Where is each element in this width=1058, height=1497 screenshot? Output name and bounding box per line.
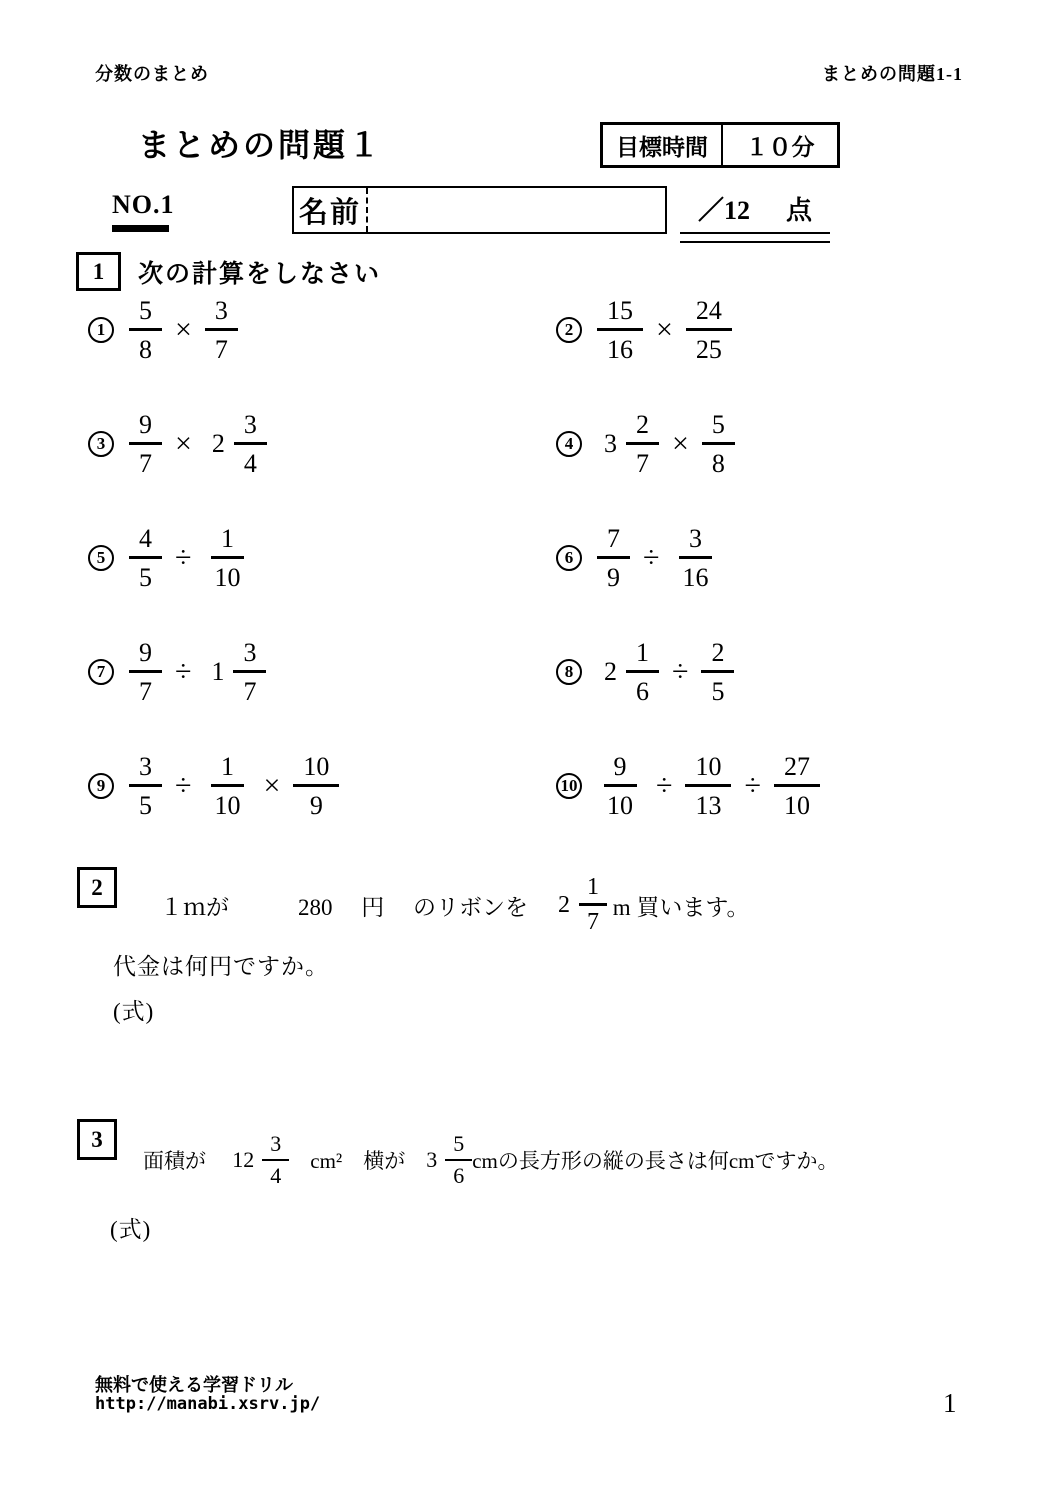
sheet-number-block: NO.1 <box>112 190 175 232</box>
numerator: 15 <box>597 296 643 331</box>
denominator: 5 <box>129 787 162 820</box>
numerator: 7 <box>597 524 630 559</box>
equation: 1516×2425 <box>597 296 732 364</box>
numerator: 5 <box>129 296 162 331</box>
problem-row-2: 2 1516×2425 <box>556 296 988 364</box>
problem-number-badge: 1 <box>88 317 114 343</box>
question-text: １ｍが 280 円 のリボンを <box>160 889 551 922</box>
fraction: 97 <box>129 410 162 478</box>
equation: 35÷110×109 <box>129 752 339 820</box>
score-fraction: ／12 <box>698 190 750 227</box>
section3-question-line: 面積が 1234 cm² 横が 356cmの長方形の縦の長さは何cmですか。 <box>143 1124 839 1196</box>
section2-number: 2 <box>91 875 103 901</box>
score-unit: 点 <box>786 190 812 227</box>
section2-number-box: 2 <box>77 867 117 908</box>
problem-row-7: 7 97÷137 <box>88 638 556 706</box>
numerator: 1 <box>211 524 244 559</box>
header-left-text: 分数のまとめ <box>95 60 209 86</box>
target-time-value: １０分 <box>723 125 837 165</box>
denominator: 7 <box>233 673 266 706</box>
mixed-number: 1234 <box>232 1132 289 1188</box>
denominator: 5 <box>129 559 162 592</box>
problem-number-badge: 8 <box>556 659 582 685</box>
problem-row-9: 9 35÷110×109 <box>88 752 556 820</box>
fraction: 110 <box>204 752 250 820</box>
denominator: 5 <box>701 673 734 706</box>
problem-number-badge: 2 <box>556 317 582 343</box>
whole-number: 2 <box>604 657 617 687</box>
fraction: 2710 <box>774 752 820 820</box>
score-underline <box>680 232 830 243</box>
score-display: ／12 点 <box>680 190 830 243</box>
numerator: 9 <box>129 638 162 673</box>
whole-number: 2 <box>558 892 570 919</box>
denominator: 8 <box>129 331 162 364</box>
equation: 45÷110 <box>129 524 250 592</box>
operator: × <box>656 313 673 347</box>
mixed-number: 327 <box>597 410 659 478</box>
sheet-number: NO.1 <box>112 190 175 220</box>
denominator: 7 <box>626 445 659 478</box>
header-right-text: まとめの問題1-1 <box>822 60 963 86</box>
whole-number: 1 <box>211 657 224 687</box>
operator: ÷ <box>175 769 191 803</box>
sheet-number-underline <box>112 225 169 232</box>
fraction: 37 <box>205 296 238 364</box>
problem-number-badge: 9 <box>88 773 114 799</box>
denominator: 25 <box>686 331 732 364</box>
fraction: 35 <box>129 752 162 820</box>
denominator: 4 <box>234 445 267 478</box>
numerator: 9 <box>604 752 637 787</box>
denominator: 9 <box>597 559 630 592</box>
fraction: 2425 <box>686 296 732 364</box>
numerator: 4 <box>129 524 162 559</box>
fraction: 97 <box>129 638 162 706</box>
section2-formula-label: (式) <box>113 993 154 1026</box>
whole-number: 2 <box>212 429 225 459</box>
numerator: 1 <box>211 752 244 787</box>
page-number: 1 <box>943 1388 957 1419</box>
fraction: 25 <box>701 638 734 706</box>
equation: 97÷137 <box>129 638 266 706</box>
operator: ÷ <box>175 655 191 689</box>
mixed-number: 356 <box>426 1132 472 1188</box>
numerator: 9 <box>129 410 162 445</box>
operator: ÷ <box>672 655 688 689</box>
section2-question-line: １ｍが 280 円 のリボンを 217 m 買います。 <box>160 868 750 942</box>
numerator: 1 <box>626 638 659 673</box>
question-text: m 買います。 <box>607 889 750 922</box>
equation: 216÷25 <box>597 638 734 706</box>
denominator: 16 <box>672 559 718 592</box>
question-text: 面積が <box>143 1145 232 1175</box>
fraction: 109 <box>293 752 339 820</box>
numerator: 3 <box>205 296 238 331</box>
numerator: 3 <box>679 524 712 559</box>
numerator: 1 <box>579 874 607 906</box>
problem-number-badge: 3 <box>88 431 114 457</box>
page-title: まとめの問題１ <box>138 120 383 166</box>
fraction: 910 <box>597 752 643 820</box>
operator: × <box>672 427 689 461</box>
section3-number: 3 <box>91 1127 103 1153</box>
operator: × <box>175 427 192 461</box>
denominator: 10 <box>204 787 250 820</box>
numerator: 5 <box>702 410 735 445</box>
denominator: 7 <box>205 331 238 364</box>
target-time-box: 目標時間 １０分 <box>600 122 840 168</box>
section3-number-box: 3 <box>77 1119 117 1160</box>
denominator: 4 <box>262 1161 289 1189</box>
question-text: cmの長方形の縦の長さは何cmですか。 <box>472 1145 838 1175</box>
target-time-label: 目標時間 <box>603 125 723 165</box>
question-text: cm² 横が <box>289 1145 426 1175</box>
footer-url: http://manabi.xsrv.jp/ <box>95 1394 320 1414</box>
problem-row-1: 1 58×37 <box>88 296 556 364</box>
worksheet-page: 分数のまとめ まとめの問題1-1 まとめの問題１ 目標時間 １０分 NO.1 名… <box>0 0 1058 1497</box>
fraction: 79 <box>597 524 630 592</box>
denominator: 7 <box>129 445 162 478</box>
whole-number: 3 <box>604 429 617 459</box>
denominator: 6 <box>445 1161 472 1189</box>
mixed-number: 137 <box>204 638 266 706</box>
operator: × <box>175 313 192 347</box>
operator: × <box>263 769 280 803</box>
fraction: 110 <box>204 524 250 592</box>
fraction: 58 <box>702 410 735 478</box>
operator: ÷ <box>656 769 672 803</box>
mixed-number: 217 <box>551 874 607 936</box>
fraction: 1516 <box>597 296 643 364</box>
equation: 79÷316 <box>597 524 718 592</box>
mixed-number: 234 <box>205 410 267 478</box>
denominator: 6 <box>626 673 659 706</box>
equation: 327×58 <box>597 410 735 478</box>
denominator: 16 <box>597 331 643 364</box>
numerator: 3 <box>234 410 267 445</box>
fraction: 1013 <box>685 752 731 820</box>
equation: 97×234 <box>129 410 267 478</box>
problem-row-4: 4 327×58 <box>556 410 988 478</box>
problem-row-6: 6 79÷316 <box>556 524 988 592</box>
fraction: 58 <box>129 296 162 364</box>
denominator: 10 <box>774 787 820 820</box>
numerator: 2 <box>626 410 659 445</box>
denominator: 10 <box>204 559 250 592</box>
denominator: 8 <box>702 445 735 478</box>
numerator: 3 <box>129 752 162 787</box>
name-label: 名前 <box>294 190 366 231</box>
numerator: 2 <box>701 638 734 673</box>
equation: 910÷1013÷2710 <box>597 752 820 820</box>
problem-number-badge: 7 <box>88 659 114 685</box>
numerator: 5 <box>445 1132 472 1161</box>
mixed-number: 216 <box>597 638 659 706</box>
denominator: 7 <box>129 673 162 706</box>
numerator: 3 <box>233 638 266 673</box>
problem-number-badge: 6 <box>556 545 582 571</box>
denominator: 10 <box>597 787 643 820</box>
numerator: 3 <box>262 1132 289 1161</box>
equation: 58×37 <box>129 296 238 364</box>
operator: ÷ <box>175 541 191 575</box>
problem-row-10: 10 910÷1013÷2710 <box>556 752 988 820</box>
operator: ÷ <box>643 541 659 575</box>
problem-row-3: 3 97×234 <box>88 410 556 478</box>
problem-number-badge: 4 <box>556 431 582 457</box>
section2-question-line2: 代金は何円ですか。 <box>113 948 329 981</box>
whole-number: 12 <box>232 1147 254 1173</box>
section3-formula-label: (式) <box>110 1211 151 1244</box>
operator: ÷ <box>744 769 760 803</box>
problem-number-badge: 10 <box>556 773 582 799</box>
problem-row-5: 5 45÷110 <box>88 524 556 592</box>
fraction: 45 <box>129 524 162 592</box>
fraction: 316 <box>672 524 718 592</box>
numerator: 10 <box>293 752 339 787</box>
denominator: 9 <box>300 787 333 820</box>
numerator: 24 <box>686 296 732 331</box>
name-input-area[interactable] <box>368 188 665 232</box>
calc-problem-grid: 1 58×37 2 1516×2425 3 97×234 4 327×58 5 … <box>88 273 988 843</box>
problem-number-badge: 5 <box>88 545 114 571</box>
problem-row-8: 8 216÷25 <box>556 638 988 706</box>
numerator: 10 <box>685 752 731 787</box>
denominator: 13 <box>685 787 731 820</box>
denominator: 7 <box>579 906 607 936</box>
whole-number: 3 <box>426 1147 437 1173</box>
numerator: 27 <box>774 752 820 787</box>
name-box: 名前 <box>292 186 667 234</box>
